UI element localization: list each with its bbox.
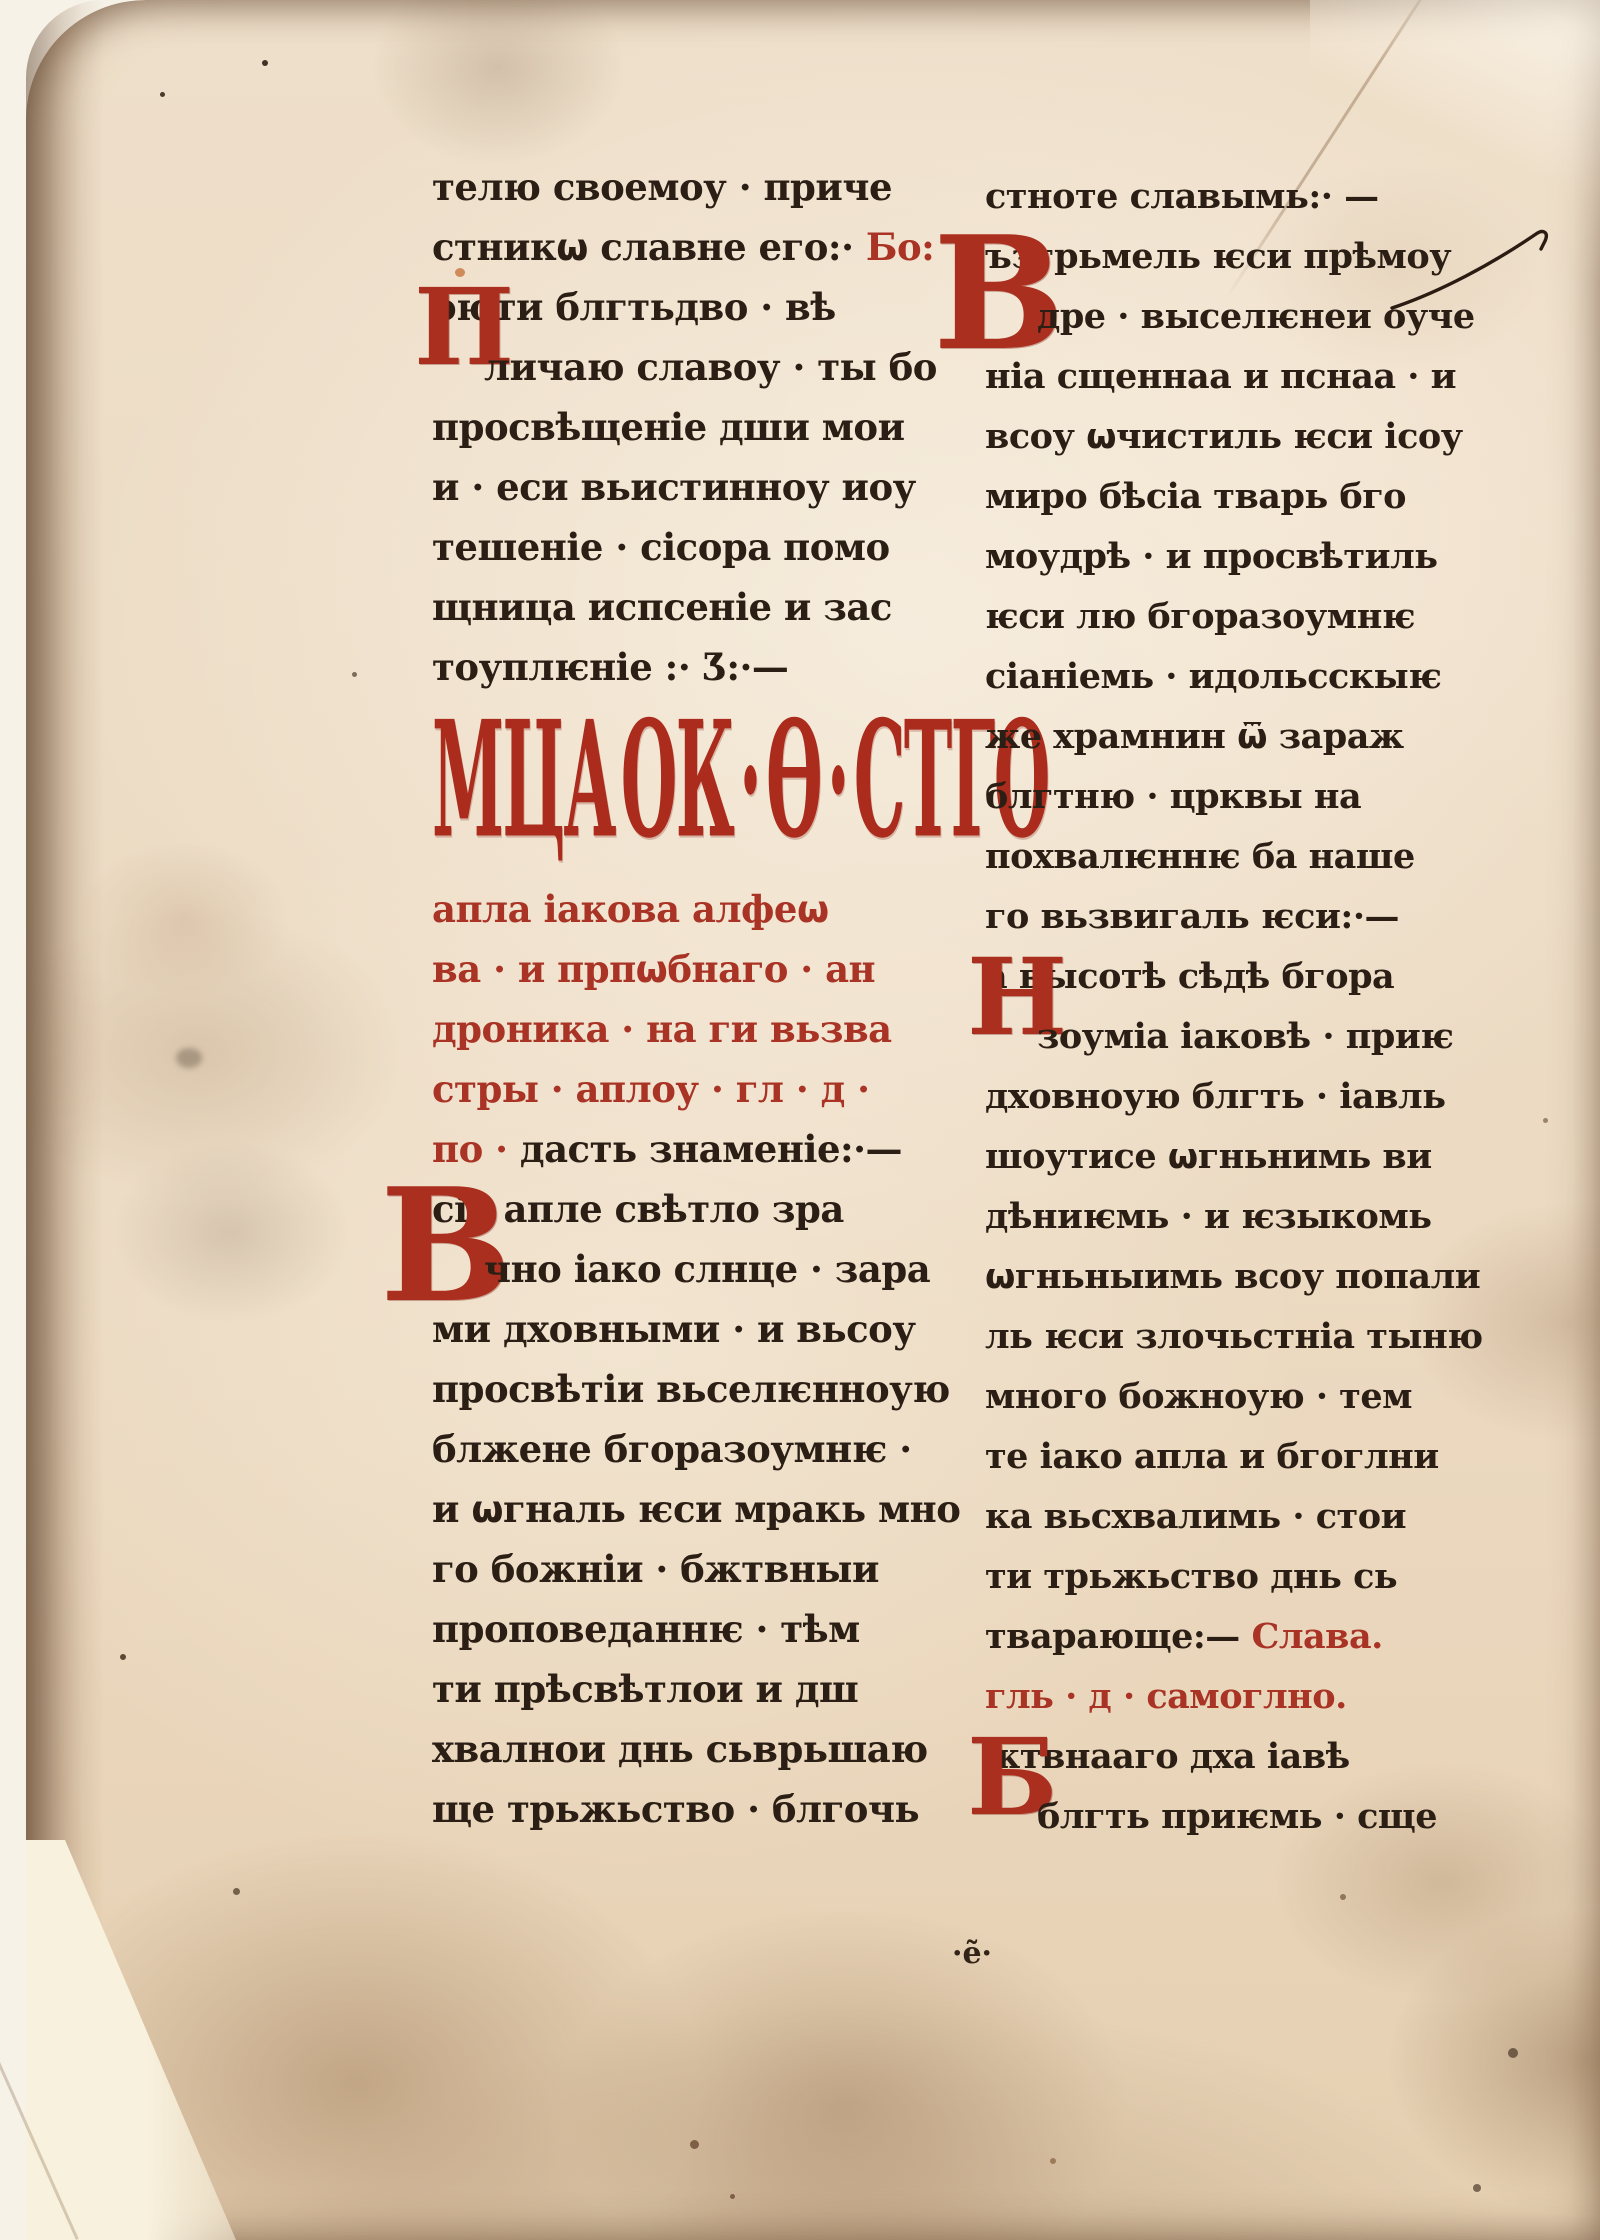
- text-line: ти прѣсвѣтлои и дш: [432, 1660, 948, 1720]
- text-line: апла іакова алфеѡ: [432, 880, 948, 940]
- ink-spot: [262, 60, 268, 66]
- text-line: хвалнои днь сьврьшаю: [432, 1720, 948, 1780]
- text-segment: миро бѣсіа тварь бго: [985, 476, 1406, 517]
- text-line: ти трьжьство днь сь: [985, 1548, 1505, 1608]
- text-line: же храмнин ѿ зараж: [985, 708, 1505, 768]
- text-segment: ніа сщеннаа и пснаа · и: [985, 356, 1456, 397]
- text-line: дроника · на ги вьзва: [432, 1000, 948, 1060]
- text-segment: стникѡ славне его:·: [432, 225, 866, 269]
- ink-spot: [120, 1654, 126, 1660]
- text-segment: щница испсеніе и зас: [432, 585, 892, 629]
- text-line: много божноую · тем: [985, 1368, 1505, 1428]
- text-line: моудрѣ · и просвѣтиль: [985, 528, 1505, 588]
- text-segment: блгть приѥмь · сще: [1037, 1796, 1437, 1837]
- text-line: телю своемоу · приче: [432, 158, 948, 218]
- month-heading-vyaz: МЦА ОК · Ѳ · СТГО: [432, 698, 948, 880]
- text-line: ніа сщеннаа и пснаа · и: [985, 348, 1505, 408]
- text-segment: тешеніе · сісора помо: [432, 525, 890, 569]
- text-line: Всіа апле свѣтло зра: [432, 1180, 948, 1240]
- text-line: блгть приѥмь · сще: [985, 1788, 1505, 1848]
- text-line: ѡгньныимь всоу попали: [985, 1248, 1505, 1308]
- text-line: миро бѣсіа тварь бго: [985, 468, 1505, 528]
- text-segment: и · еси вьистинноу иоу: [432, 465, 916, 509]
- rubric-text-segment: Слава.: [1251, 1616, 1382, 1657]
- text-line: ка вьсхвалимь · стои: [985, 1488, 1505, 1548]
- manuscript-photo: { "page": { "description_heading_vyaz": …: [0, 0, 1600, 2240]
- text-segment: тоуплѥніе :· Ӡ:·—: [432, 645, 788, 689]
- rubric-text-segment: Бо:: [866, 225, 934, 269]
- ink-spot: [1050, 2158, 1056, 2164]
- text-segment: просвѣщеніе дши мои: [432, 405, 905, 449]
- ink-spot: [1473, 2184, 1481, 2192]
- text-line: дѣниѥмь · и ѥзыкомь: [985, 1188, 1505, 1248]
- text-line: Бжтвнааго дха іавѣ: [985, 1728, 1505, 1788]
- ink-spot: [1340, 1894, 1346, 1900]
- text-segment: много божноую · тем: [985, 1376, 1412, 1417]
- text-segment: го вьзвигаль ѥси:·—: [985, 896, 1399, 937]
- ink-spot: [1543, 1118, 1548, 1123]
- rubric-text-segment: гль · д · самоглно.: [985, 1676, 1347, 1717]
- text-line: ль ѥси злочьстніа тыню: [985, 1308, 1505, 1368]
- pen-flourish: [1388, 208, 1566, 324]
- text-line: сіаніемь · идольсскыѥ: [985, 648, 1505, 708]
- text-segment: го божніи · бжтвныи: [432, 1547, 879, 1591]
- text-line: просвѣщеніе дши мои: [432, 398, 948, 458]
- text-segment: шоутисе ѡгньнимь ви: [985, 1136, 1432, 1177]
- text-line: тварающе:— Слава.: [985, 1608, 1505, 1668]
- text-segment: же храмнин ѿ зараж: [985, 716, 1404, 757]
- text-line: ѥси лю бгоразоумнѥ: [985, 588, 1505, 648]
- text-line: и · еси вьистинноу иоу: [432, 458, 948, 518]
- rubric-text-segment: ва · и прпѡбнаго · ан: [432, 947, 875, 991]
- text-line: похвалѥннѥ ба наше: [985, 828, 1505, 888]
- text-line: тешеніе · сісора помо: [432, 518, 948, 578]
- text-segment: ѡгньныимь всоу попали: [985, 1256, 1480, 1297]
- text-segment: и ѡгналь ѥси мракь мно: [432, 1487, 960, 1531]
- ink-spot: [233, 1888, 240, 1895]
- text-line: го божніи · бжтвныи: [432, 1540, 948, 1600]
- text-segment: ѥси лю бгоразоумнѥ: [985, 596, 1415, 637]
- text-segment: зоуміа іаковѣ · приѥ: [1037, 1016, 1454, 1057]
- text-line: На высотѣ сѣдѣ бгора: [985, 948, 1505, 1008]
- right-column: стноте славымь:· —Възгрьмель ѥси прѣмоуд…: [985, 168, 1505, 1848]
- text-segment: личаю славоу · ты бо: [484, 345, 937, 389]
- text-segment: дѣниѥмь · и ѥзыкомь: [985, 1196, 1432, 1237]
- ink-spot: [352, 672, 357, 677]
- rubric-text-segment: стры · аплоу · гл · д ·: [432, 1067, 870, 1111]
- text-line: шоутисе ѡгньнимь ви: [985, 1128, 1505, 1188]
- text-line: дховноую блгть · іавль: [985, 1068, 1505, 1128]
- text-line: ще трьжьство · блгочь: [432, 1780, 948, 1840]
- text-line: личаю славоу · ты бо: [432, 338, 948, 398]
- ink-spot: [730, 2194, 735, 2199]
- text-line: те іако апла и бгоглни: [985, 1428, 1505, 1488]
- text-segment: дасть знаменіе:·—: [520, 1127, 902, 1171]
- text-line: всоу ѡчистиль ѥси ісоу: [985, 408, 1505, 468]
- rubric-text-segment: дроника · на ги вьзва: [432, 1007, 892, 1051]
- text-segment: проповеданнѥ · тѣм: [432, 1607, 860, 1651]
- text-line: зоуміа іаковѣ · приѥ: [985, 1008, 1505, 1068]
- text-segment: всоу ѡчистиль ѥси ісоу: [985, 416, 1463, 457]
- text-line: проповеданнѥ · тѣм: [432, 1600, 948, 1660]
- text-line: гль · д · самоглно.: [985, 1668, 1505, 1728]
- text-segment: ка вьсхвалимь · стои: [985, 1496, 1406, 1537]
- text-line: ми дховными · и вьсоу: [432, 1300, 948, 1360]
- quire-signature: ·е̃·: [952, 1936, 992, 1971]
- text-segment: блжене бгоразоумнѥ ·: [432, 1427, 912, 1471]
- text-segment: блгтню · црквы на: [985, 776, 1361, 817]
- text-line: Поюти блгтьдво · вѣ: [432, 278, 948, 338]
- rubric-text-segment: МЦА ОК · Ѳ · СТГО: [432, 693, 1049, 866]
- text-segment: сіаніемь · идольсскыѥ: [985, 656, 1441, 697]
- text-segment: тварающе:—: [985, 1616, 1251, 1657]
- text-line: и ѡгналь ѥси мракь мно: [432, 1480, 948, 1540]
- left-column: телю своемоу · причестникѡ славне его:· …: [432, 158, 948, 1840]
- text-segment: ти прѣсвѣтлои и дш: [432, 1667, 858, 1711]
- text-segment: ще трьжьство · блгочь: [432, 1787, 919, 1831]
- text-line: чно іако слнце · зара: [432, 1240, 948, 1300]
- text-segment: те іако апла и бгоглни: [985, 1436, 1439, 1477]
- text-segment: ль ѥси злочьстніа тыню: [985, 1316, 1483, 1357]
- text-line: стры · аплоу · гл · д ·: [432, 1060, 948, 1120]
- ink-spot: [690, 2140, 699, 2149]
- rubric-text-segment: апла іакова алфеѡ: [432, 887, 829, 931]
- text-segment: хвалнои днь сьврьшаю: [432, 1727, 928, 1771]
- ink-spot: [160, 92, 165, 97]
- text-line: щница испсеніе и зас: [432, 578, 948, 638]
- text-segment: похвалѥннѥ ба наше: [985, 836, 1415, 877]
- text-line: блгтню · црквы на: [985, 768, 1505, 828]
- text-segment: просвѣтіи вьселѥнноую: [432, 1367, 950, 1411]
- text-line: блжене бгоразоумнѥ ·: [432, 1420, 948, 1480]
- text-segment: ми дховными · и вьсоу: [432, 1307, 916, 1351]
- text-segment: моудрѣ · и просвѣтиль: [985, 536, 1438, 577]
- text-line: ва · и прпѡбнаго · ан: [432, 940, 948, 1000]
- text-segment: телю своемоу · приче: [432, 165, 892, 209]
- text-segment: чно іако слнце · зара: [484, 1247, 930, 1291]
- text-line: просвѣтіи вьселѥнноую: [432, 1360, 948, 1420]
- smudge: [176, 1048, 202, 1068]
- text-segment: ти трьжьство днь сь: [985, 1556, 1397, 1597]
- text-segment: дховноую блгть · іавль: [985, 1076, 1446, 1117]
- ink-spot: [1508, 2048, 1518, 2058]
